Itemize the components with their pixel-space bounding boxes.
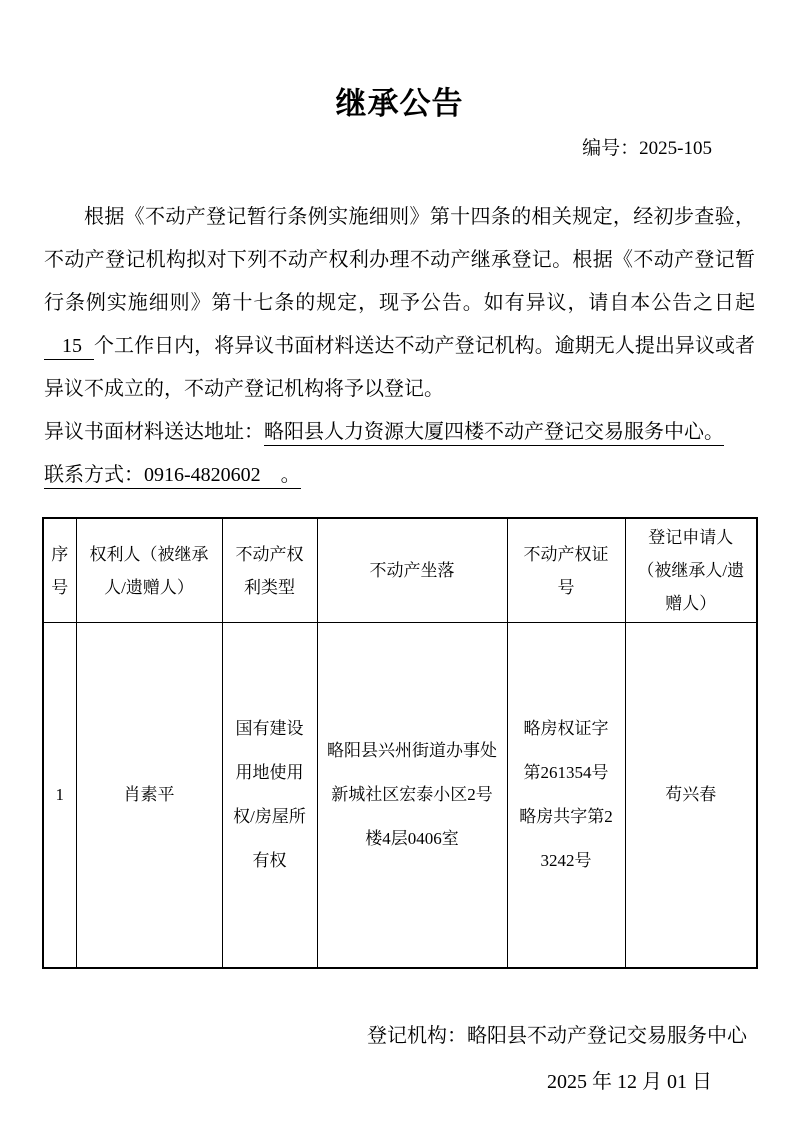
header-right-holder: 权利人（被继承人/遗赠人） bbox=[76, 518, 222, 623]
document-content: 继承公告 编号：2025-105 根据《不动产登记暂行条例实施细则》第十四条的相… bbox=[0, 78, 793, 1094]
header-property-location: 不动产坐落 bbox=[317, 518, 507, 623]
cell-right-type: 国有建设用地使用权/房屋所有权 bbox=[222, 623, 317, 968]
table-row: 1 肖素平 国有建设用地使用权/房屋所有权 略阳县兴州街道办事处新城社区宏泰小区… bbox=[43, 623, 757, 968]
contact-line: 联系方式：0916-4820602 。 bbox=[44, 454, 755, 497]
address-line: 异议书面材料送达地址：略阳县人力资源大厦四楼不动产登记交易服务中心。 bbox=[44, 411, 755, 454]
inheritance-table: 序号 权利人（被继承人/遗赠人） 不动产权利类型 不动产坐落 不动产权证号 登记… bbox=[42, 517, 758, 969]
cell-seq: 1 bbox=[43, 623, 76, 968]
objection-days-value: 15 bbox=[44, 335, 94, 360]
document-page: 继承公告 编号：2025-105 根据《不动产登记暂行条例实施细则》第十四条的相… bbox=[0, 0, 793, 1122]
header-seq: 序号 bbox=[43, 518, 76, 623]
page-title: 继承公告 bbox=[44, 78, 755, 123]
header-right-type: 不动产权利类型 bbox=[222, 518, 317, 623]
paragraph-text-1: 根据《不动产登记暂行条例实施细则》第十四条的相关规定，经初步查验，不动产登记机构… bbox=[44, 206, 755, 314]
date-line: 2025 年 12 月 01 日 bbox=[44, 1065, 755, 1094]
address-label: 异议书面材料送达地址： bbox=[44, 421, 264, 443]
agency-line: 登记机构：略阳县不动产登记交易服务中心 bbox=[44, 1019, 755, 1048]
address-value: 略阳县人力资源大厦四楼不动产登记交易服务中心。 bbox=[264, 421, 724, 446]
cell-right-holder: 肖素平 bbox=[76, 623, 222, 968]
cell-applicant: 苟兴春 bbox=[625, 623, 757, 968]
paragraph-text-2: 个工作日内，将异议书面材料送达不动产登记机构。逾期无人提出异议或者异议不成立的，… bbox=[44, 335, 755, 400]
cell-certificate-number: 略房权证字第261354号 略房共字第23242号 bbox=[507, 623, 625, 968]
cell-property-location: 略阳县兴州街道办事处新城社区宏泰小区2号楼4层0406室 bbox=[317, 623, 507, 968]
header-applicant: 登记申请人（被继承人/遗赠人） bbox=[625, 518, 757, 623]
contact-text: 联系方式：0916-4820602 。 bbox=[44, 464, 301, 489]
announcement-paragraph: 根据《不动产登记暂行条例实施细则》第十四条的相关规定，经初步查验，不动产登记机构… bbox=[44, 196, 755, 411]
header-certificate-number: 不动产权证号 bbox=[507, 518, 625, 623]
doc-number: 编号：2025-105 bbox=[44, 133, 755, 160]
table-header-row: 序号 权利人（被继承人/遗赠人） 不动产权利类型 不动产坐落 不动产权证号 登记… bbox=[43, 518, 757, 623]
